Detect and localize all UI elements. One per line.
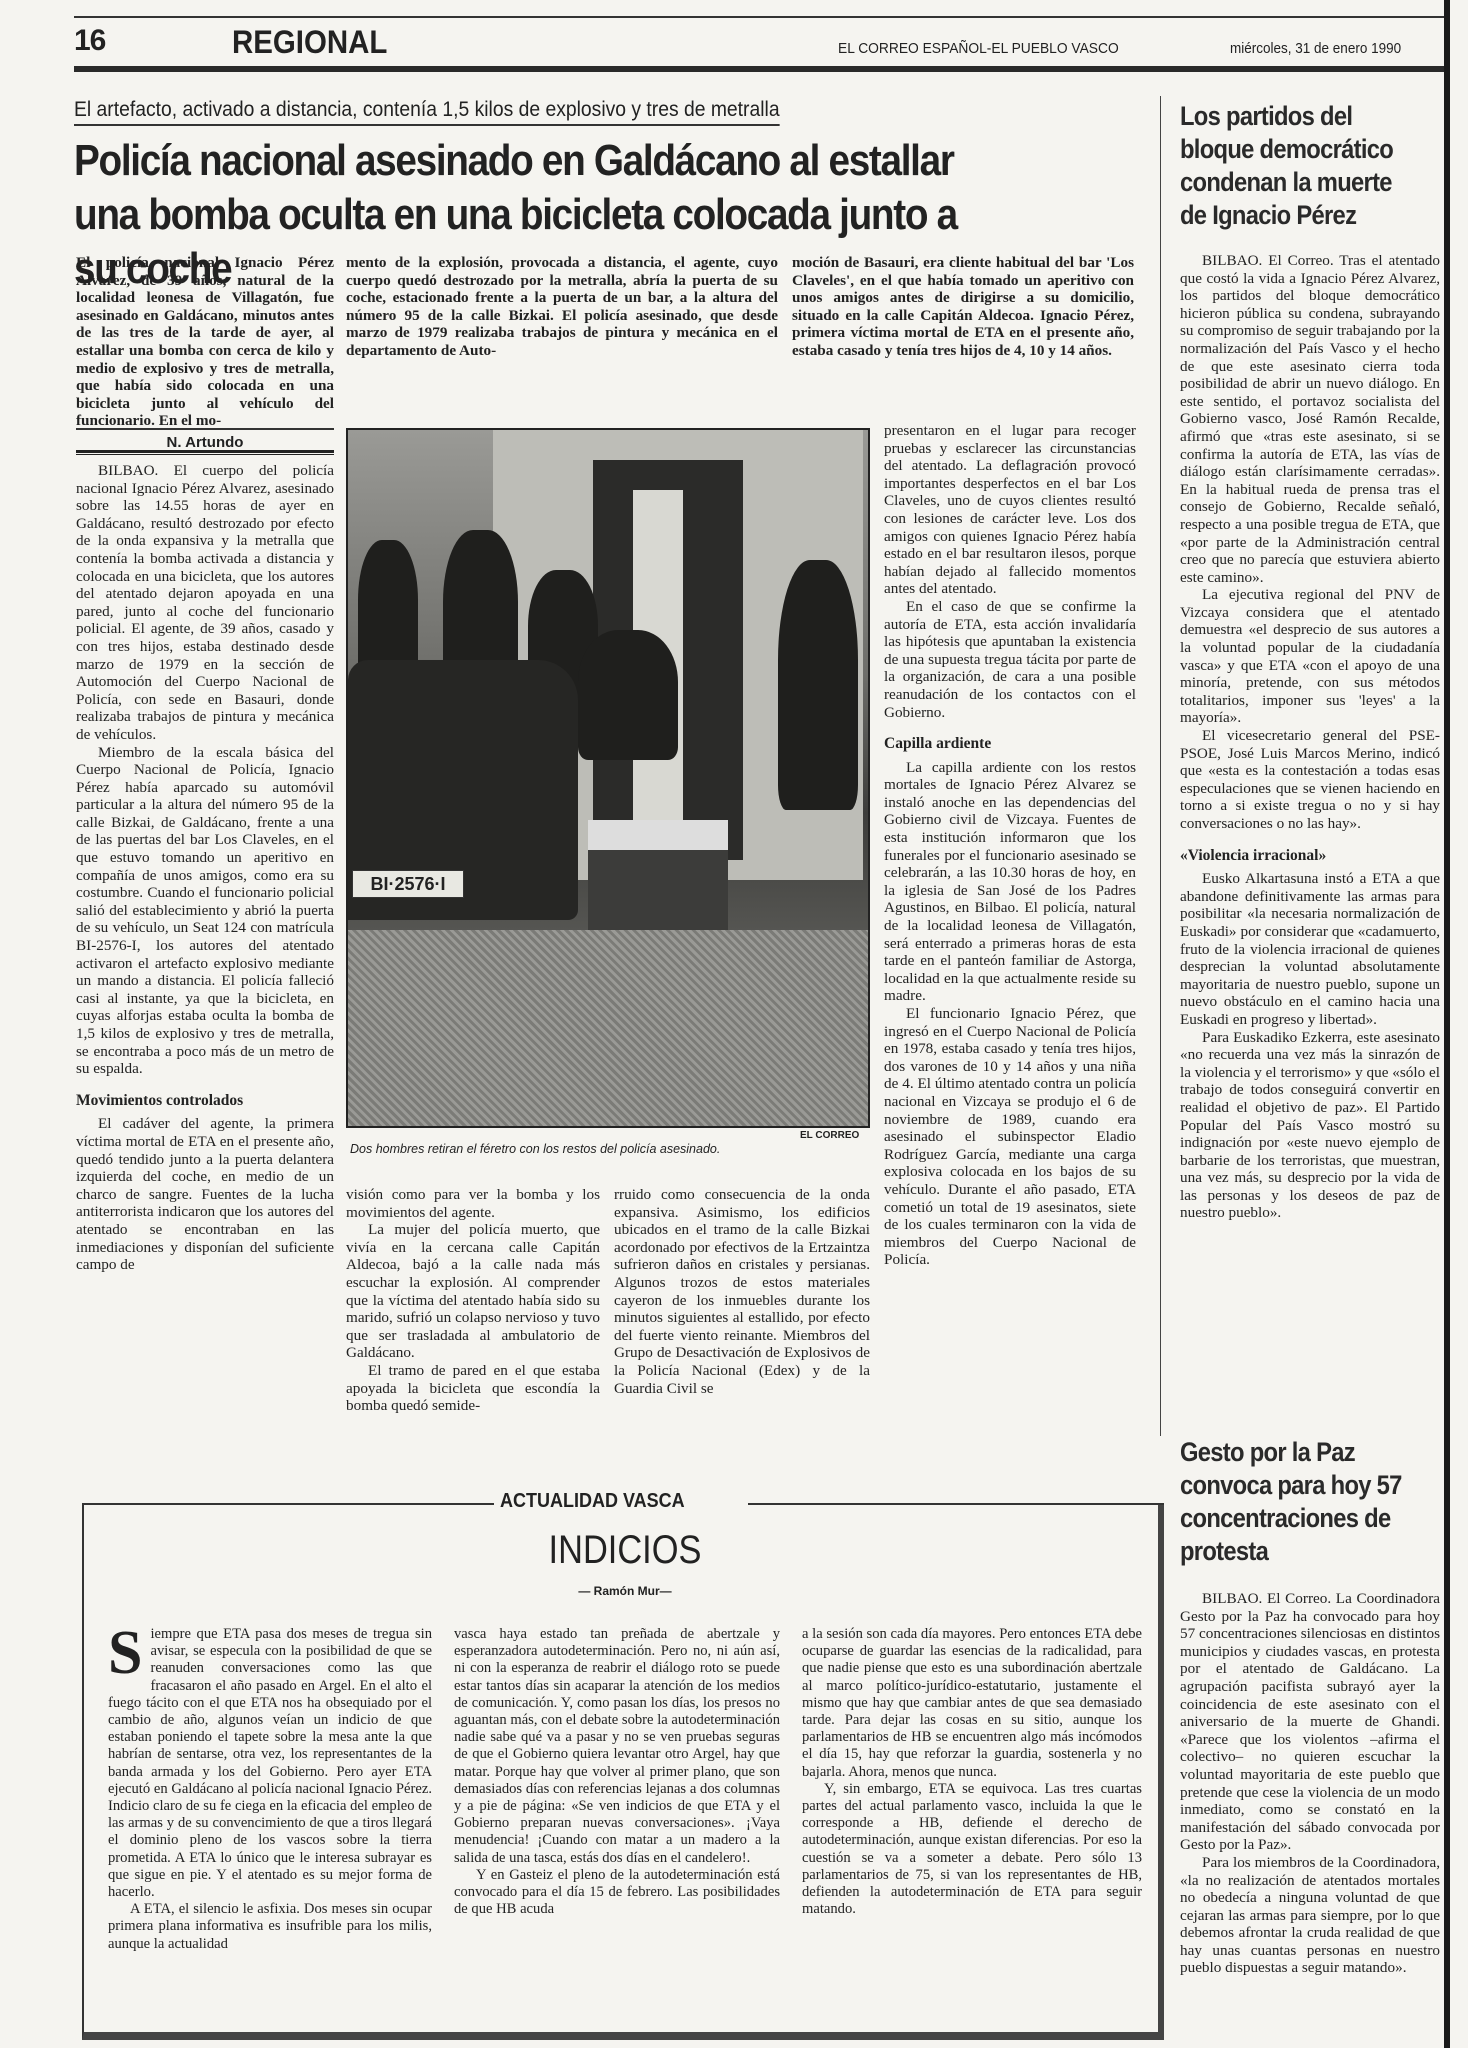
paragraph: BILBAO. El Correo. Tras el atentado que … (1180, 252, 1440, 586)
license-plate: BI·2576·I (352, 870, 464, 898)
paragraph: BILBAO. El cuerpo del policía nacional I… (76, 462, 334, 744)
header-rule (74, 66, 1444, 72)
paragraph: La mujer del policía muerto, que vivía e… (346, 1221, 600, 1362)
article-kicker: El artefacto, activado a distancia, cont… (74, 98, 780, 126)
opinion-col-3: a la sesión son cada día mayores. Pero e… (802, 1626, 1142, 1918)
body-col-mid-1: visión como para ver la bomba y los movi… (346, 1186, 600, 1415)
paragraph: El tramo de pared en el que estaba apoya… (346, 1362, 600, 1415)
paragraph: rruido como consecuencia de la onda expa… (614, 1186, 870, 1397)
opinion-col-2: vasca haya estado tan preñada de abertza… (454, 1626, 780, 1918)
body-col-mid-2: rruido como consecuencia de la onda expa… (614, 1186, 870, 1397)
body-col-right: presentaron en el lugar para recoger pru… (884, 422, 1136, 1269)
newspaper-page: 16 REGIONAL EL CORREO ESPAÑOL-EL PUEBLO … (0, 0, 1468, 2048)
subheading: Movimientos controlados (76, 1092, 334, 1110)
newspaper-name: EL CORREO ESPAÑOL-EL PUEBLO VASCO (838, 40, 1119, 57)
paragraph: En el caso de que se confirme la autoría… (884, 598, 1136, 721)
paragraph: Y en Gasteiz el pleno de la autodetermin… (454, 1867, 780, 1919)
opinion-author: — Ramón Mur— (0, 1584, 1250, 1598)
opinion-title: INDICIOS (88, 1528, 1163, 1573)
section-title: REGIONAL (232, 24, 387, 61)
paragraph: Eusko Alkartasuna instó a ETA a que aban… (1180, 870, 1440, 1028)
drop-cap: S (108, 1628, 142, 1678)
paragraph: BILBAO. El Correo. La Coordinadora Gesto… (1180, 1590, 1440, 1854)
issue-date: miércoles, 31 de enero 1990 (1230, 40, 1401, 57)
paragraph: Y, sin embargo, ETA se equivoca. Las tre… (802, 1781, 1142, 1919)
paragraph: A ETA, el silencio le asfixia. Dos meses… (108, 1901, 432, 1953)
photo-caption: Dos hombres retiran el féretro con los r… (350, 1142, 720, 1156)
photo-credit: EL CORREO (800, 1130, 859, 1141)
coffin-shape (588, 820, 728, 940)
paragraph: El funcionario Ignacio Pérez, que ingres… (884, 1005, 1136, 1269)
lead-col-1: El policía nacional Ignacio Pérez Alvare… (76, 254, 334, 430)
byline: N. Artundo (76, 428, 334, 451)
sidebar-2-headline: Gesto por la Paz convoca para hoy 57 con… (1180, 1436, 1418, 1568)
paragraph: presentaron en el lugar para recoger pru… (884, 422, 1136, 598)
paragraph: Miembro de la escala básica del Cuerpo N… (76, 744, 334, 1078)
news-photo: BI·2576·I (346, 428, 870, 1128)
byline-rule (76, 450, 334, 455)
box-section-label: ACTUALIDAD VASCA (500, 1490, 685, 1513)
top-rule (74, 16, 1444, 18)
paragraph: La capilla ardiente con los restos morta… (884, 759, 1136, 1005)
page-number: 16 (74, 24, 105, 58)
page-edge (1444, 0, 1450, 2048)
paragraph: vasca haya estado tan preñada de abertza… (454, 1626, 780, 1867)
subheading: Capilla ardiente (884, 735, 1136, 753)
lead-col-2: mento de la explosión, provocada a dista… (346, 254, 778, 360)
paragraph: El cadáver del agente, la primera víctim… (76, 1115, 334, 1273)
sidebar-headline: Los partidos del bloque democrático cond… (1180, 100, 1418, 232)
paragraph: La ejecutiva regional del PNV de Vizcaya… (1180, 586, 1440, 727)
paragraph: El vicesecretario general del PSE-PSOE, … (1180, 727, 1440, 833)
lead-col-3: moción de Basauri, era cliente habitual … (792, 254, 1134, 360)
paragraph: visión como para ver la bomba y los movi… (346, 1186, 600, 1221)
sidebar-body: BILBAO. El Correo. Tras el atentado que … (1180, 252, 1440, 1222)
body-col-left: BILBAO. El cuerpo del policía nacional I… (76, 462, 334, 1274)
paragraph: Para Euskadiko Ezkerra, este asesinato «… (1180, 1029, 1440, 1223)
paragraph: a la sesión son cada día mayores. Pero e… (802, 1626, 1142, 1781)
paragraph: Para los miembros de la Coordinadora, «l… (1180, 1854, 1440, 1977)
opinion-col-1: Siempre que ETA pasa dos meses de tregua… (108, 1626, 432, 1953)
subheading: «Violencia irracional» (1180, 847, 1440, 865)
sidebar-2-body: BILBAO. El Correo. La Coordinadora Gesto… (1180, 1590, 1440, 1977)
column-rule (1160, 96, 1161, 1436)
